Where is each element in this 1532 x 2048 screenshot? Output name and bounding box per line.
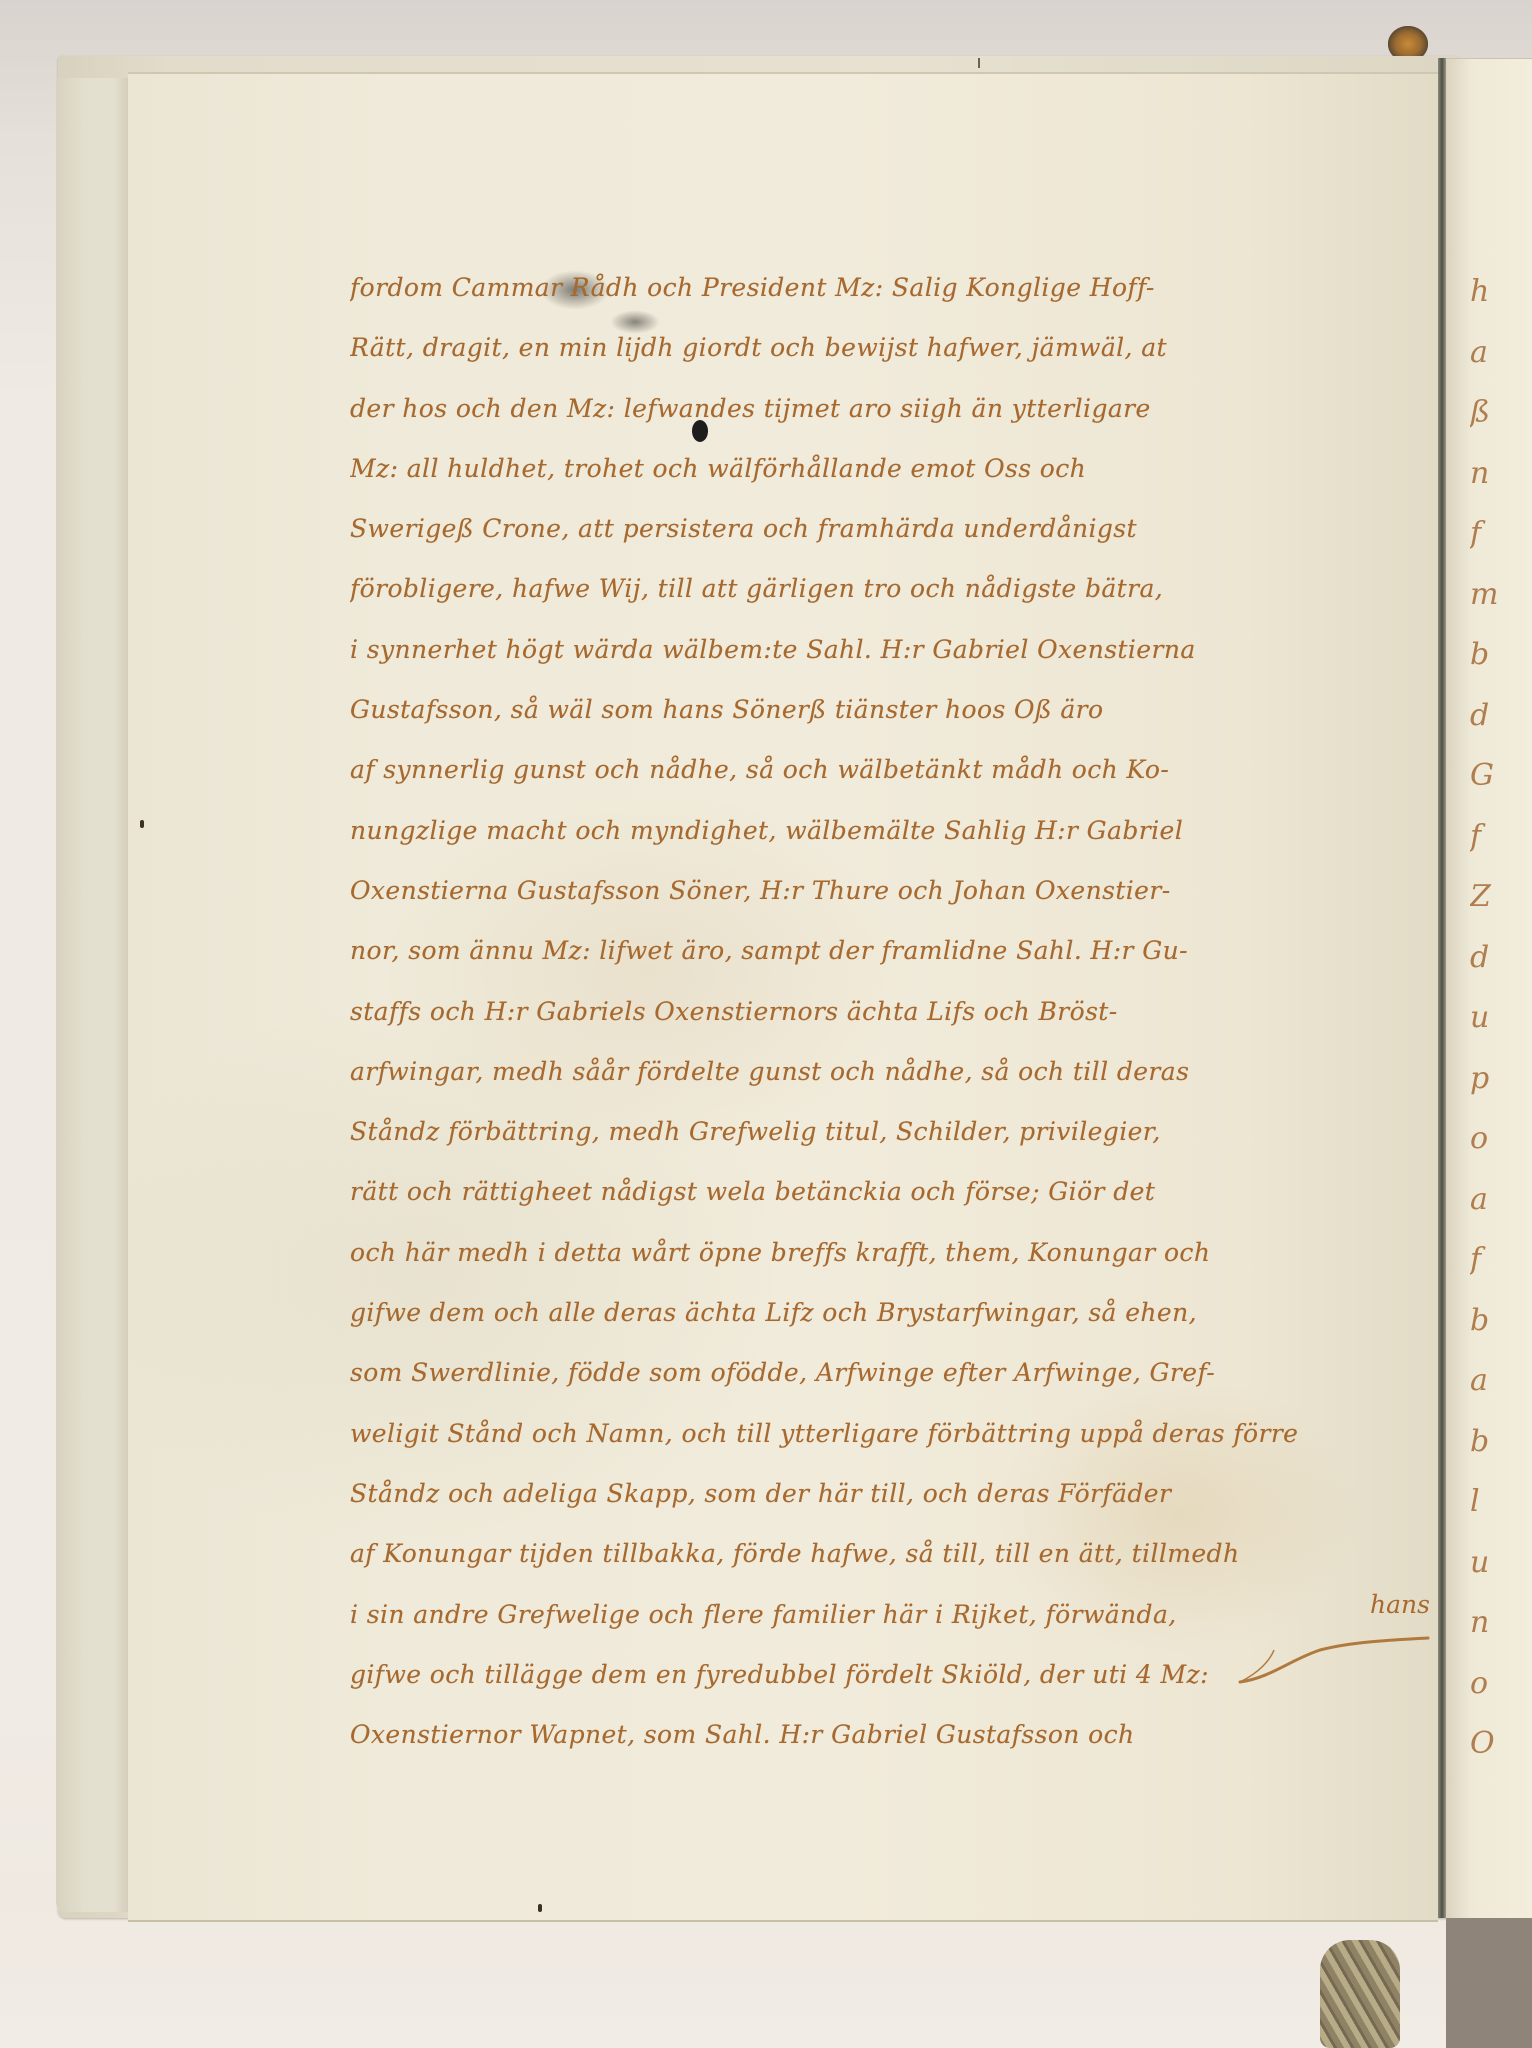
flourish-stroke-icon bbox=[1230, 1620, 1430, 1690]
manuscript-text: fordom Cammar Rådh och President Mz: Sal… bbox=[350, 258, 1440, 1765]
facing-page-text: h a ß n f m b d G f Z d u p o a f b a b … bbox=[1470, 262, 1532, 1775]
manuscript-line: Mz: all huldhet, trohet och wälförhållan… bbox=[350, 439, 1440, 499]
scanned-book-spread: fordom Cammar Rådh och President Mz: Sal… bbox=[0, 0, 1532, 2048]
binding-cord-top bbox=[1388, 26, 1428, 56]
manuscript-line: fordom Cammar Rådh och President Mz: Sal… bbox=[350, 258, 1440, 318]
manuscript-line: af synnerlig gunst och nådhe, så och wäl… bbox=[350, 740, 1440, 800]
manuscript-line: gifwe dem och alle deras ächta Lifz och … bbox=[350, 1283, 1440, 1343]
manuscript-line: nor, som ännu Mz: lifwet äro, sampt der … bbox=[350, 921, 1440, 981]
manuscript-line: Swerigeß Crone, att persistera och framh… bbox=[350, 499, 1440, 559]
manuscript-line: Oxenstiernor Wapnet, som Sahl. H:r Gabri… bbox=[350, 1705, 1440, 1765]
manuscript-line: der hos och den Mz: lefwandes tijmet aro… bbox=[350, 379, 1440, 439]
background-surface bbox=[1446, 1918, 1532, 2048]
catchword: hans bbox=[1370, 1590, 1430, 1619]
stray-mark bbox=[538, 1904, 542, 1912]
manuscript-line: förobligere, hafwe Wij, till att gärlige… bbox=[350, 559, 1440, 619]
manuscript-line: staffs och H:r Gabriels Oxenstiernors äc… bbox=[350, 982, 1440, 1042]
manuscript-line: Ståndz och adeliga Skapp, som der här ti… bbox=[350, 1464, 1440, 1524]
manuscript-line: som Swerdlinie, födde som ofödde, Arfwin… bbox=[350, 1343, 1440, 1403]
manuscript-line: af Konungar tijden tillbakka, förde hafw… bbox=[350, 1524, 1440, 1584]
page-edge-mark bbox=[978, 58, 980, 68]
manuscript-line: weligit Stånd och Namn, och till ytterli… bbox=[350, 1404, 1440, 1464]
manuscript-line: och här medh i detta wårt öpne breffs kr… bbox=[350, 1223, 1440, 1283]
binding-cord-tassel bbox=[1320, 1940, 1400, 2048]
manuscript-line: arfwingar, medh såår fördelte gunst och … bbox=[350, 1042, 1440, 1102]
manuscript-line: nungzlige macht och myndighet, wälbemält… bbox=[350, 801, 1440, 861]
stray-mark bbox=[140, 820, 144, 828]
left-fold-strip bbox=[56, 78, 129, 1912]
manuscript-line: i synnerhet högt wärda wälbem:te Sahl. H… bbox=[350, 620, 1440, 680]
manuscript-line: Ståndz förbättring, medh Grefwelig titul… bbox=[350, 1102, 1440, 1162]
manuscript-line: Gustafsson, så wäl som hans Sönerß tiäns… bbox=[350, 680, 1440, 740]
manuscript-line: Oxenstierna Gustafsson Söner, H:r Thure … bbox=[350, 861, 1440, 921]
manuscript-line: Rätt, dragit, en min lijdh giordt och be… bbox=[350, 318, 1440, 378]
manuscript-line: rätt och rättigheet nådigst wela betänck… bbox=[350, 1162, 1440, 1222]
book-gutter bbox=[1438, 58, 1446, 1918]
